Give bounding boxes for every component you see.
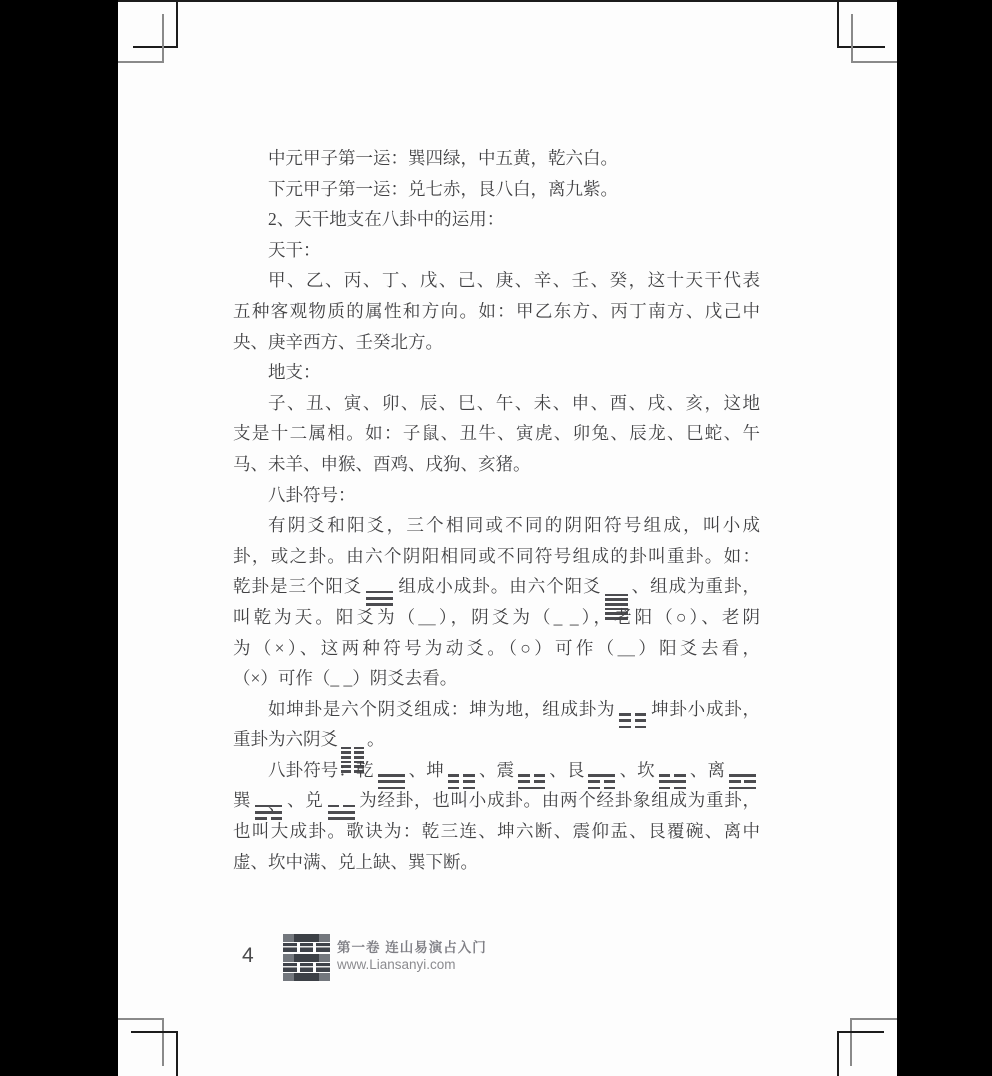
crop-mark: [133, 46, 178, 48]
text-run: 、坤: [409, 760, 444, 780]
text-line: 叫乾为天。阳爻为（＿），阴爻为（_ _），老阳（○）、老阴: [233, 602, 760, 633]
text-line: 也叫大成卦。歌诀为：乾三连、坤六断、震仰盂、艮覆碗、离中: [233, 816, 760, 847]
crop-mark: [837, 1031, 839, 1076]
text-run: 卦，或之卦。由六个阴阳相同或不同符号组成的卦叫重卦。如：: [233, 546, 760, 566]
text-line: 子、丑、寅、卯、辰、巳、午、未、申、酉、戌、亥，这地: [233, 388, 760, 419]
text-run: 坤卦小成卦，: [650, 699, 760, 719]
text-run: 虚、坎中满、兑上缺、巽下断。: [233, 852, 478, 872]
kun-trigram-symbol: [619, 713, 646, 728]
text-run: 重卦为六阴爻: [233, 729, 338, 749]
text-line: 2、天干地支在八卦中的运用：: [233, 204, 760, 235]
text-line: 央、庚辛西方、壬癸北方。: [233, 327, 760, 358]
logo-bar: [283, 954, 330, 962]
text-line: 巽、兑为经卦，也叫小成卦。由两个经卦象组成为重卦，: [233, 785, 760, 816]
page-body-text: 中元甲子第一运：巽四绿，中五黄，乾六白。下元甲子第一运：兑七赤，艮八白，离九紫。…: [233, 143, 760, 877]
footer-volume-title: 第一卷 连山易演占入门: [337, 939, 487, 956]
text-run: 巽: [233, 790, 251, 810]
crop-mark: [837, 46, 885, 48]
text-run: 2、天干地支在八卦中的运用：: [268, 209, 504, 229]
text-run: 八卦符号：乾: [268, 760, 374, 780]
text-run: 地支：: [268, 362, 321, 382]
logo-blocks: [283, 963, 330, 972]
text-run: 八卦符号：: [268, 485, 356, 505]
text-run: 。: [367, 729, 385, 749]
crop-mark: [837, 0, 839, 48]
text-run: 马、未羊、申猴、酉鸡、戌狗、亥猪。: [233, 454, 531, 474]
logo-blocks: [283, 943, 330, 952]
text-run: 五种客观物质的属性和方向。如：甲乙东方、丙丁南方、戊己中: [233, 301, 760, 321]
text-line: 地支：: [233, 357, 760, 388]
text-line: 马、未羊、申猴、酉鸡、戌狗、亥猪。: [233, 449, 760, 480]
footer-website: www.Liansanyi.com: [337, 956, 487, 973]
text-line: 五种客观物质的属性和方向。如：甲乙东方、丙丁南方、戊己中: [233, 296, 760, 327]
text-run: 为经卦，也叫小成卦。由两个经卦象组成为重卦，: [359, 790, 761, 810]
text-run: 、艮: [549, 760, 584, 780]
text-run: 也叫大成卦。歌诀为：乾三连、坤六断、震仰盂、艮覆碗、离中: [233, 821, 760, 841]
crop-mark: [851, 61, 897, 63]
crop-mark: [837, 1031, 884, 1033]
text-line: 虚、坎中满、兑上缺、巽下断。: [233, 847, 760, 878]
crop-mark: [118, 1018, 164, 1020]
text-run: 叫乾为天。阳爻为（＿），阴爻为（_ _），老阳（○）、老阴: [233, 607, 760, 627]
text-line: （×）可作（_ _）阴爻去看。: [233, 663, 760, 694]
text-line: 为（×）、这两种符号为动爻。（○）可作（＿）阳爻去看，: [233, 633, 760, 664]
text-run: 中元甲子第一运：巽四绿，中五黄，乾六白。: [268, 148, 618, 168]
text-run: （×）可作（_ _）阴爻去看。: [233, 668, 457, 688]
crop-mark: [118, 61, 164, 63]
scanned-page-view: 中元甲子第一运：巽四绿，中五黄，乾六白。下元甲子第一运：兑七赤，艮八白，离九紫。…: [0, 0, 992, 1076]
text-line: 八卦符号：: [233, 480, 760, 511]
text-line: 卦，或之卦。由六个阴阳相同或不同符号组成的卦叫重卦。如：: [233, 541, 760, 572]
book-page: 中元甲子第一运：巽四绿，中五黄，乾六白。下元甲子第一运：兑七赤，艮八白，离九紫。…: [118, 0, 897, 1076]
text-run: 、兑: [286, 790, 323, 810]
text-run: 组成小成卦。由六个阳爻: [397, 576, 601, 596]
text-run: 子、丑、寅、卯、辰、巳、午、未、申、酉、戌、亥，这地: [268, 393, 760, 413]
text-line: 如坤卦是六个阴爻组成：坤为地，组成卦为坤卦小成卦，: [233, 694, 760, 725]
crop-mark: [131, 1031, 178, 1033]
text-line: 下元甲子第一运：兑七赤，艮八白，离九紫。: [233, 174, 760, 205]
text-run: 甲、乙、丙、丁、戊、己、庚、辛、壬、癸，这十天干代表: [268, 270, 760, 290]
text-line: 有阴爻和阳爻，三个相同或不同的阴阳符号组成，叫小成: [233, 510, 760, 541]
text-run: 有阴爻和阳爻，三个相同或不同的阴阳符号组成，叫小成: [268, 515, 760, 535]
crop-mark: [176, 0, 178, 48]
text-run: 乾卦是三个阳爻: [233, 576, 362, 596]
text-run: 、组成为重卦，: [631, 576, 760, 596]
logo-bar: [283, 973, 330, 981]
text-run: 、离: [690, 760, 725, 780]
text-line: 八卦符号：乾、坤、震、艮、坎、离、: [233, 755, 760, 786]
text-run: 、震: [479, 760, 514, 780]
text-line: 甲、乙、丙、丁、戊、己、庚、辛、壬、癸，这十天干代表: [233, 265, 760, 296]
logo-bar: [283, 934, 330, 942]
text-line: 中元甲子第一运：巽四绿，中五黄，乾六白。: [233, 143, 760, 174]
text-run: 为（×）、这两种符号为动爻。（○）可作（＿）阳爻去看，: [233, 638, 760, 658]
text-run: 支是十二属相。如：子鼠、丑牛、寅虎、卯兔、辰龙、巳蛇、午: [233, 423, 760, 443]
footer-caption: 第一卷 连山易演占入门 www.Liansanyi.com: [337, 939, 487, 973]
crop-mark: [176, 1031, 178, 1076]
liansanyi-logo: [283, 934, 330, 981]
page-edge-line: [118, 0, 897, 2]
page-number: 4: [242, 944, 254, 968]
text-run: 央、庚辛西方、壬癸北方。: [233, 332, 443, 352]
text-line: 天干：: [233, 235, 760, 266]
text-run: 如坤卦是六个阴爻组成：坤为地，组成卦为: [268, 699, 615, 719]
text-line: 乾卦是三个阳爻组成小成卦。由六个阳爻、组成为重卦，: [233, 571, 760, 602]
crop-mark: [850, 1018, 897, 1020]
text-run: 天干：: [268, 240, 321, 260]
crop-mark: [162, 14, 164, 63]
crop-mark: [162, 1018, 164, 1066]
text-line: 支是十二属相。如：子鼠、丑牛、寅虎、卯兔、辰龙、巳蛇、午: [233, 418, 760, 449]
crop-mark: [850, 1018, 852, 1066]
text-run: 下元甲子第一运：兑七赤，艮八白，离九紫。: [268, 179, 618, 199]
text-line: 重卦为六阴爻。: [233, 724, 760, 755]
text-run: 、坎: [619, 760, 654, 780]
crop-mark: [851, 14, 853, 63]
